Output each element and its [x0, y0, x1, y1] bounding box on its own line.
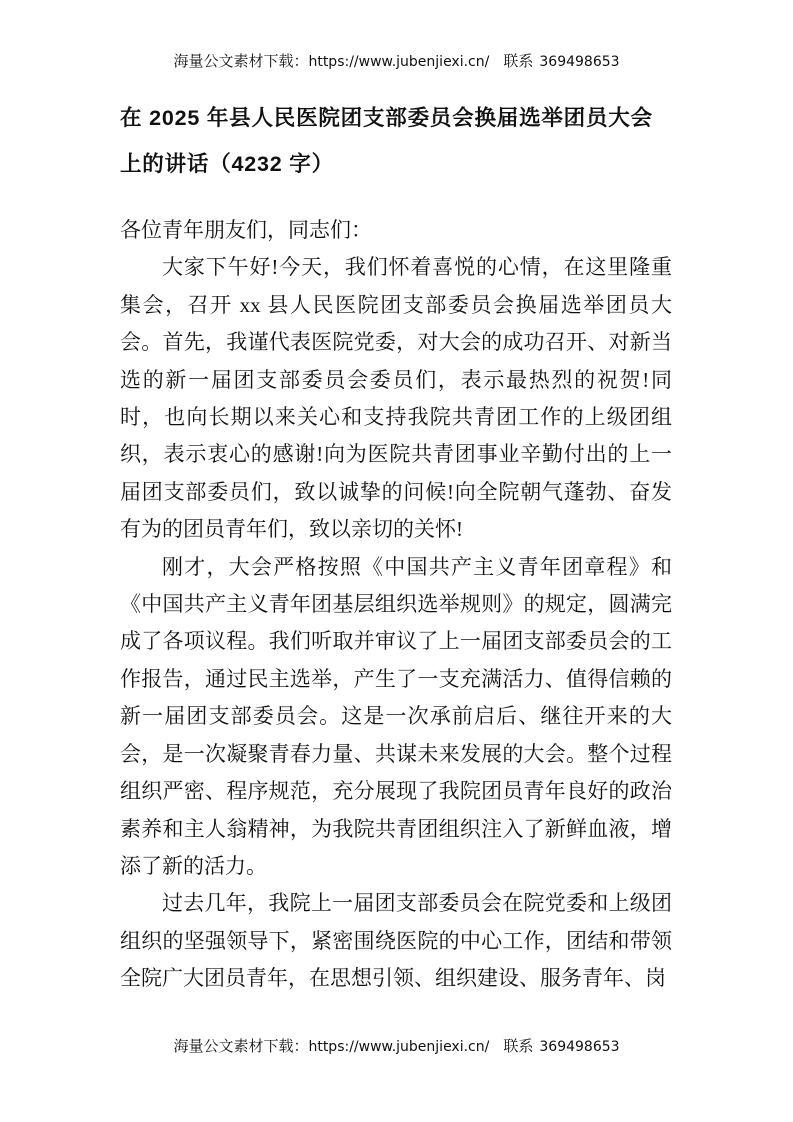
footer-contact-label: 联系 [503, 1039, 533, 1055]
header-download-label: 海量公文素材下载： [173, 54, 308, 70]
page-footer-notice: 海量公文素材下载：https://www.jubenjiexi.cn/联系369… [0, 1038, 793, 1057]
page-header-notice: 海量公文素材下载：https://www.jubenjiexi.cn/联系369… [0, 53, 793, 72]
header-url: https://www.jubenjiexi.cn/ [308, 54, 489, 70]
document-title: 在 2025 年县人民医院团支部委员会换届选举团员大会上的讲话（4232 字） [120, 95, 672, 187]
document-page: 海量公文素材下载：https://www.jubenjiexi.cn/联系369… [0, 0, 793, 1122]
header-contact-label: 联系 [503, 54, 533, 70]
footer-contact-number: 369498653 [539, 1039, 619, 1055]
paragraph-greeting: 大家下午好!今天，我们怀着喜悦的心情，在这里隆重集会，召开 xx 县人民医院团支… [120, 249, 672, 548]
paragraph-past-years: 过去几年，我院上一届团支部委员会在院党委和上级团组织的坚强领导下，紧密围绕医院的… [120, 885, 672, 997]
footer-url: https://www.jubenjiexi.cn/ [308, 1039, 489, 1055]
document-body: 各位青年朋友们，同志们： 大家下午好!今天，我们怀着喜悦的心情，在这里隆重集会，… [120, 212, 672, 998]
paragraph-congress-summary: 刚才，大会严格按照《中国共产主义青年团章程》和《中国共产主义青年团基层组织选举规… [120, 549, 672, 886]
paragraph-salutation: 各位青年朋友们，同志们： [120, 212, 672, 249]
header-contact-number: 369498653 [539, 54, 619, 70]
footer-download-label: 海量公文素材下载： [173, 1039, 308, 1055]
